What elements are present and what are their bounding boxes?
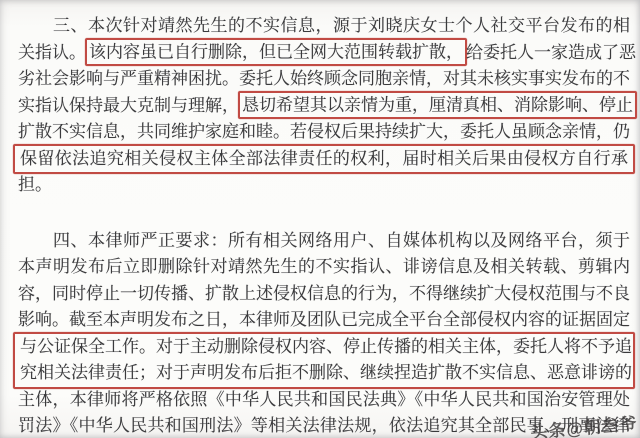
text-line: 劣社会影响与严重精神困扰。委托人始终顾念同胞亲情，对其未核实事实发布的不 — [18, 66, 630, 93]
text-line: 与公证保全工作。对于主动删除侵权内容、停止传播的相关主体，委托人将不予追 — [20, 334, 628, 361]
text-segment: 容，同时停止一切传播、扩散上述侵权信息的行为，不得继续扩大侵权范围与不良 — [18, 284, 630, 303]
text-line: 扩散不实信息，共同维护家庭和睦。若侵权后果持续扩大，委托人虽顾念亲情，仍 — [18, 119, 630, 146]
text-segment: 主体，本律师将严格依照《中华人民共和国民法典》《中华人民共和国治安管理处 — [18, 390, 630, 409]
text-segment: 本声明发布后立即删除针对靖然先生的不实指认、诽谤信息及相关转载、剪辑内 — [18, 257, 630, 276]
paragraph-3: 三、本次针对靖然先生的不实信息，源于刘晓庆女士个人社交平台发布的相关指认。该内容… — [18, 13, 630, 199]
text-segment: 罚法》《中华人民共和国刑法》等相关法律法规，依法追究其全部民事、刑事法律 — [18, 416, 630, 435]
text-segment: 保留依法追究相关侵权主体全部法律责任的权利，届时相关后果由侵权方自行承 — [20, 149, 628, 168]
text-segment: 影响。截至本声明发布之日，本律师及团队已完成全平台全部侵权内容的证据固定 — [18, 310, 630, 329]
text-segment: 与公证保全工作。对于主动删除侵权内容、停止传播的相关主体，委托人将不予追 — [20, 337, 632, 356]
text-segment: 关指认。 — [18, 43, 86, 62]
text-line: 担。 — [18, 172, 630, 199]
text-segment: 实指认保持最大克制与理解， — [18, 96, 239, 115]
highlight-box: 保留依法追究相关侵权主体全部法律责任的权利，届时相关后果由侵权方自行承 — [13, 144, 635, 175]
text-line: 主体，本律师将严格依照《中华人民共和国民法典》《中华人民共和国治安管理处 — [18, 387, 630, 414]
text-line: 罚法》《中华人民共和国刑法》等相关法律法规，依法追究其全部民事、刑事法律 — [18, 413, 630, 438]
text-line: 究相关法律责任；对于声明发布后拒不删除、继续捏造扩散不实信息、恶意诽谤的 — [20, 360, 628, 387]
text-line: 关指认。该内容虽已自行删除，但已全网大范围转载扩散，给委托人一家造成了恶 — [18, 40, 630, 67]
text-line: 容，同时停止一切传播、扩散上述侵权信息的行为，不得继续扩大侵权范围与不良 — [18, 281, 630, 308]
text-segment: 四、本律师严正要求：所有相关网络用户、自媒体机构以及网络平台，须于 — [18, 231, 630, 250]
highlight-box: 与公证保全工作。对于主动删除侵权内容、停止传播的相关主体，委托人将不予追究相关法… — [13, 332, 635, 389]
text-segment: 究相关法律责任；对于声明发布后拒不删除、继续捏造扩散不实信息、恶意诽谤的 — [20, 363, 632, 382]
document-page: 三、本次针对靖然先生的不实信息，源于刘晓庆女士个人社交平台发布的相关指认。该内容… — [0, 0, 640, 438]
text-line: 实指认保持最大克制与理解，恳切希望其以亲情为重，厘清真相、消除影响、停止 — [18, 93, 630, 120]
text-line: 本声明发布后立即删除针对靖然先生的不实指认、诽谤信息及相关转载、剪辑内 — [18, 254, 630, 281]
paragraph-4: 四、本律师严正要求：所有相关网络用户、自媒体机构以及网络平台，须于本声明发布后立… — [18, 228, 630, 438]
text-segment: 给委托人一家造成了恶 — [466, 43, 636, 62]
text-segment: 扩散不实信息，共同维护家庭和睦。若侵权后果持续扩大，委托人虽顾念亲情，仍 — [18, 122, 630, 141]
highlight-box: 该内容虽已自行删除，但已全网大范围转载扩散， — [85, 38, 467, 66]
screenshot-canvas: 三、本次针对靖然先生的不实信息，源于刘晓庆女士个人社交平台发布的相关指认。该内容… — [0, 0, 640, 438]
text-line: 影响。截至本声明发布之日，本律师及团队已完成全平台全部侵权内容的证据固定 — [18, 307, 630, 334]
text-segment: 担。 — [18, 175, 52, 194]
text-segment: 三、本次针对靖然先生的不实信息，源于刘晓庆女士个人社交平台发布的相 — [18, 16, 630, 35]
statement-text-area: 三、本次针对靖然先生的不实信息，源于刘晓庆女士个人社交平台发布的相关指认。该内容… — [18, 13, 630, 438]
highlight-box: 恳切希望其以亲情为重，厘清真相、消除影响、停止 — [238, 91, 637, 119]
text-line: 三、本次针对靖然先生的不实信息，源于刘晓庆女士个人社交平台发布的相 — [18, 13, 630, 40]
text-segment: 劣社会影响与严重精神困扰。委托人始终顾念同胞亲情，对其未核实事实发布的不 — [18, 69, 630, 88]
text-line: 四、本律师严正要求：所有相关网络用户、自媒体机构以及网络平台，须于 — [18, 228, 630, 255]
text-line: 保留依法追究相关侵权主体全部法律责任的权利，届时相关后果由侵权方自行承 — [20, 146, 628, 173]
